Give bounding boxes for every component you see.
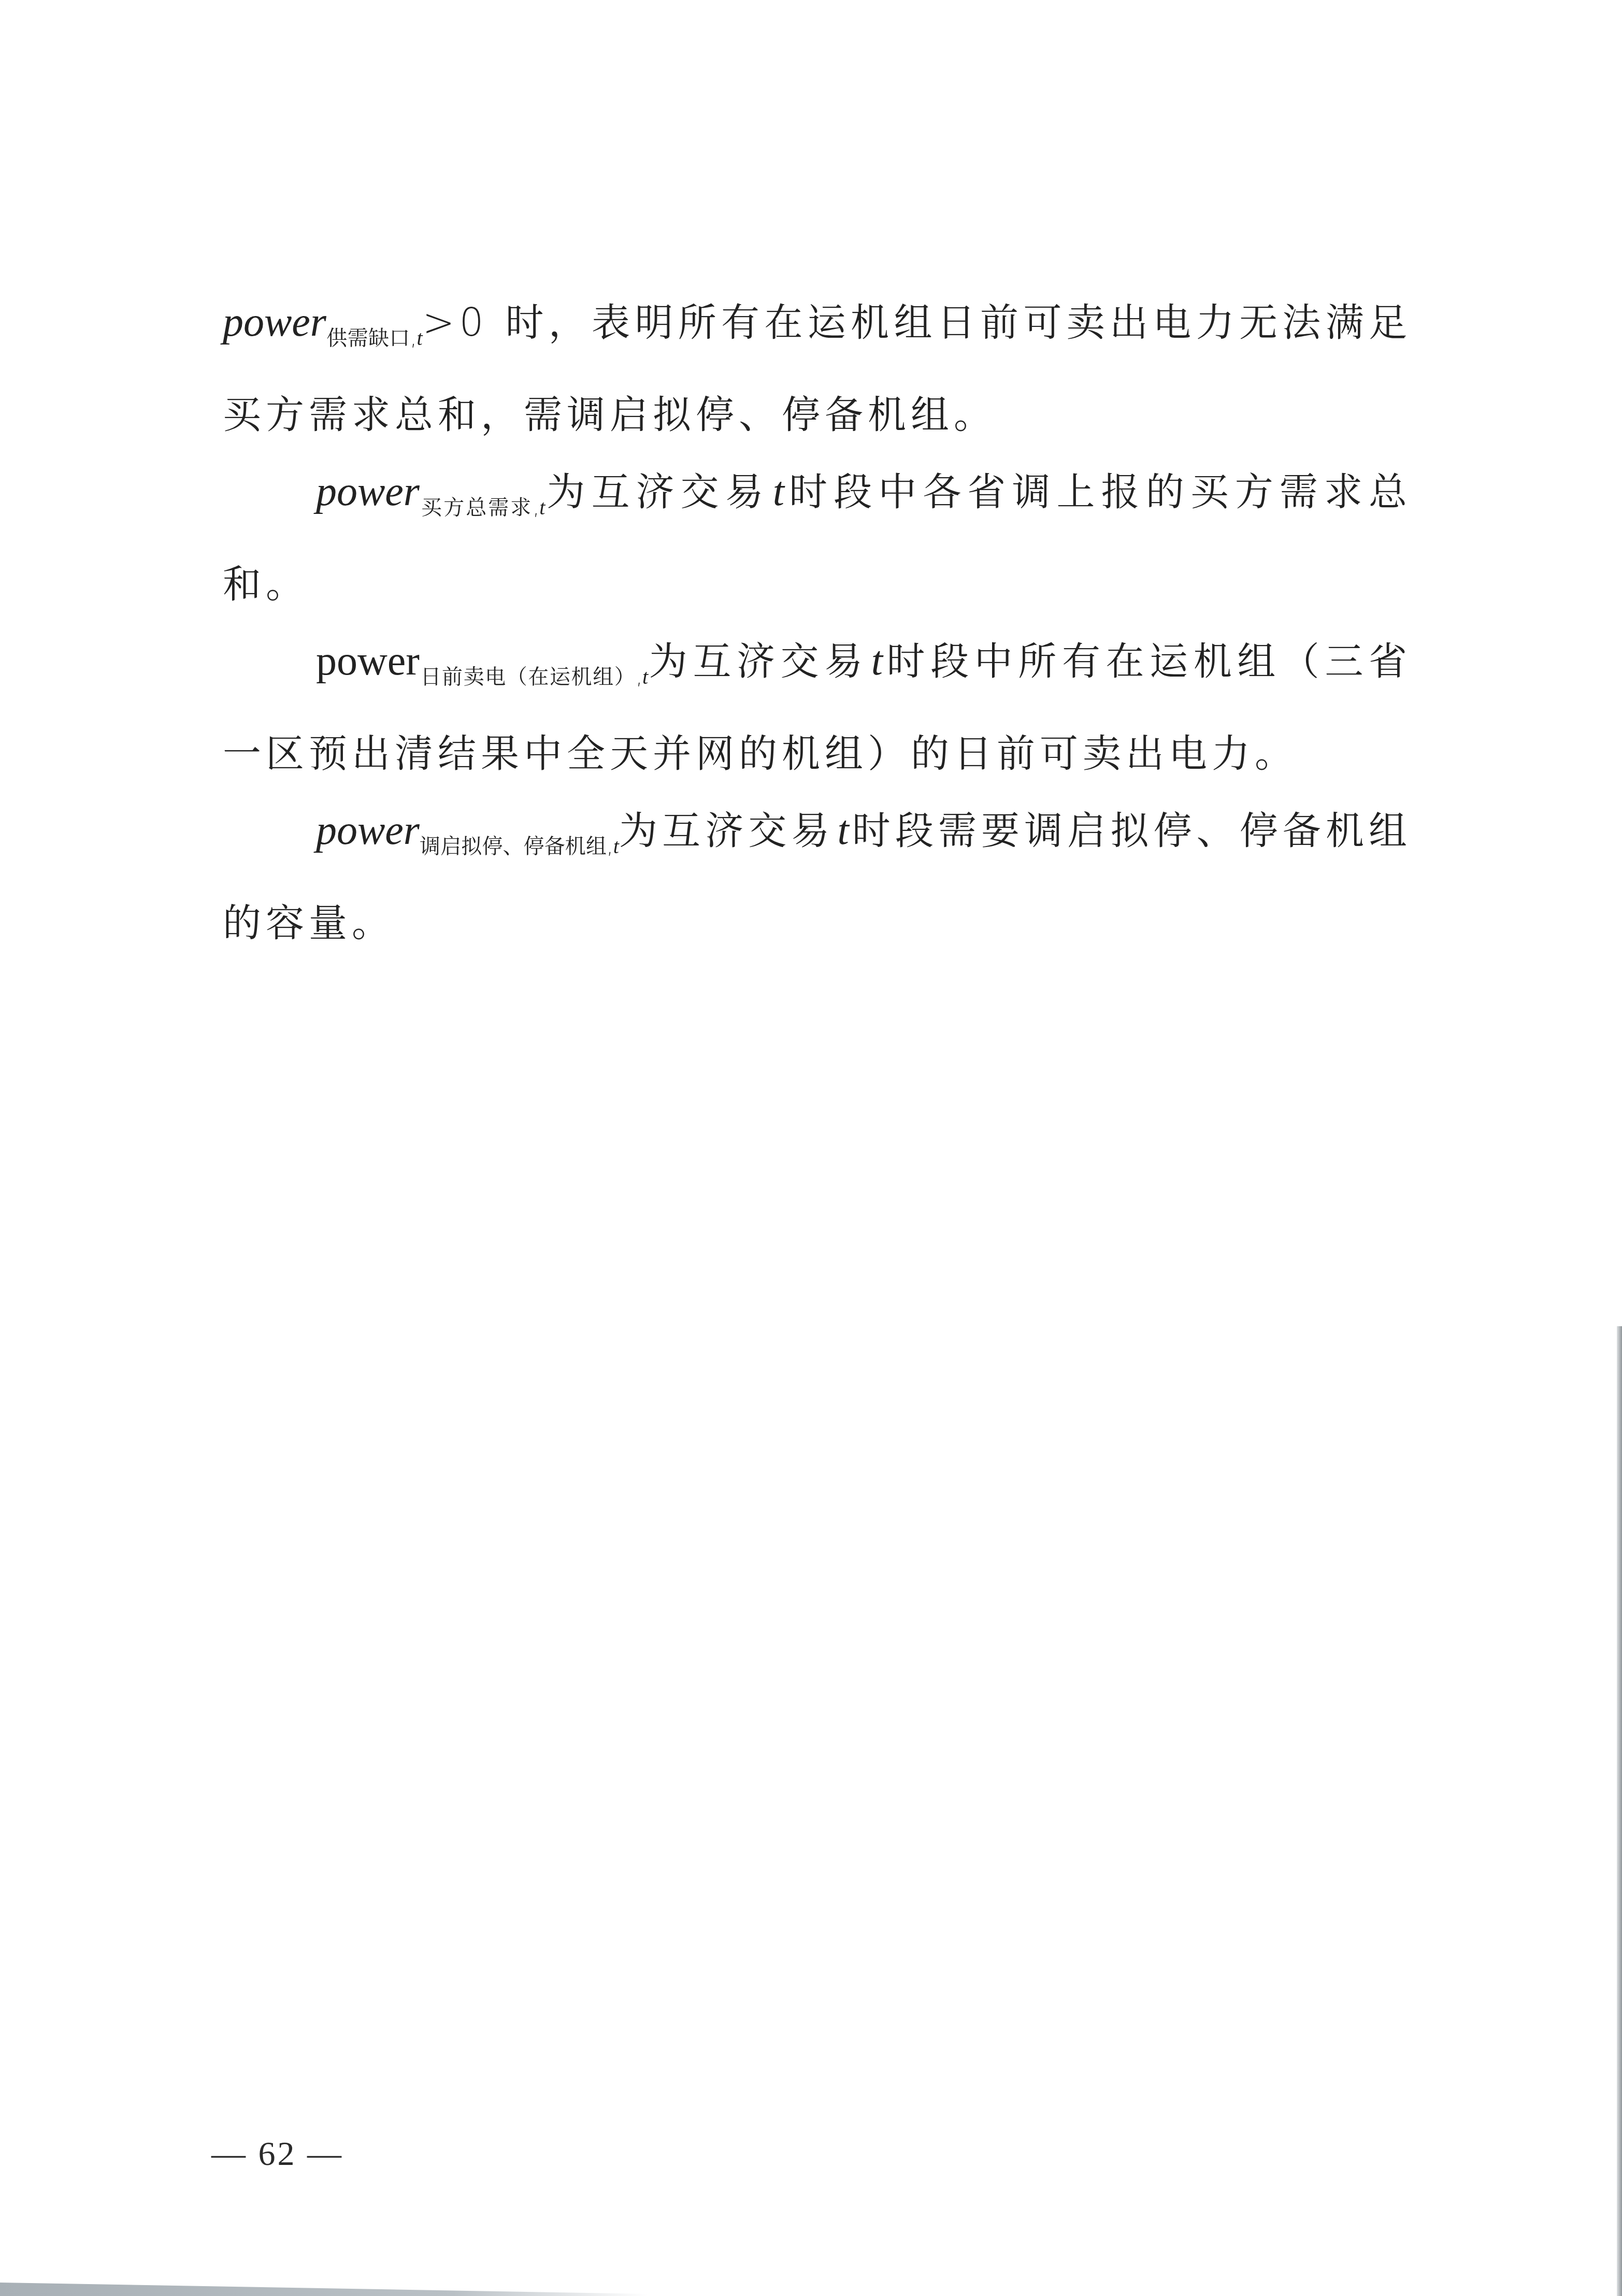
math-symbol: power bbox=[316, 808, 420, 853]
math-var-t: t bbox=[834, 808, 852, 853]
paragraph-day-ahead-sell: power日前卖电（在运机组）,t为互济交易t时段中所有在运机组（三省一区预出清… bbox=[223, 623, 1412, 792]
math-symbol: power bbox=[316, 469, 420, 514]
paragraph-buyer-demand: power买方总需求,t为互济交易t时段中各省调上报的买方需求总和。 bbox=[223, 453, 1412, 623]
math-symbol: power bbox=[223, 299, 326, 345]
paragraph-text: 为互济交易 bbox=[648, 639, 868, 684]
paragraph-text: >0 时，表明所有在运机组日前可卖出电力无法满足买方需求总和，需调启拟停、停备机… bbox=[223, 300, 1412, 437]
scan-edge-right bbox=[1617, 1326, 1622, 2296]
math-subscript: 供需缺口,t bbox=[326, 326, 423, 350]
math-var-t: t bbox=[770, 469, 787, 514]
math-symbol: power bbox=[316, 638, 420, 684]
scan-edge-bottom bbox=[0, 2283, 648, 2296]
page-number: — 62 — bbox=[211, 2134, 343, 2174]
math-subscript: 买方总需求,t bbox=[420, 496, 545, 520]
math-var-t: t bbox=[868, 638, 886, 684]
math-subscript: 调启拟停、停备机组,t bbox=[420, 835, 619, 858]
paragraph-supply-gap: power供需缺口,t>0 时，表明所有在运机组日前可卖出电力无法满足买方需求总… bbox=[223, 284, 1412, 453]
document-body: power供需缺口,t>0 时，表明所有在运机组日前可卖出电力无法满足买方需求总… bbox=[223, 284, 1412, 962]
math-subscript: 日前卖电（在运机组）,t bbox=[420, 665, 648, 689]
paragraph-text: 为互济交易 bbox=[619, 809, 835, 853]
paragraph-standby-units: power调启拟停、停备机组,t为互济交易t时段需要调启拟停、停备机组的容量。 bbox=[223, 792, 1412, 962]
paragraph-text: 为互济交易 bbox=[545, 470, 769, 514]
